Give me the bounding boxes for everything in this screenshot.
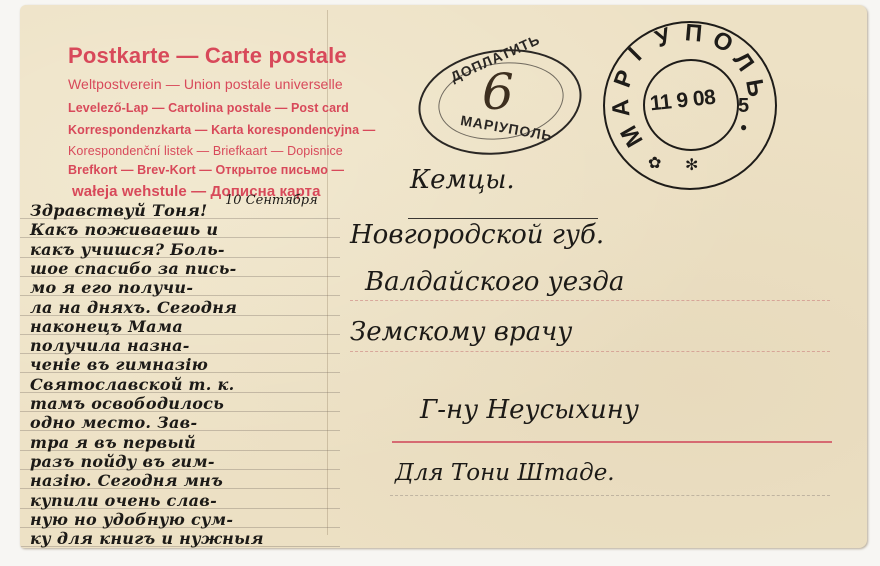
message-line: тра я въ первый xyxy=(30,433,196,452)
address-rule xyxy=(350,351,830,352)
address-line-3: Валдайского уезда xyxy=(365,267,624,297)
message-line: наконецъ Мама xyxy=(30,317,183,336)
message-date: 10 Сентября xyxy=(225,193,318,208)
address-line-4: Земскому врачу xyxy=(350,317,572,347)
postcard: Postkarte — Carte postale Weltpostverein… xyxy=(20,5,867,548)
printed-line-2: Levelező-Lap — Cartolina postale — Post … xyxy=(68,101,349,115)
postage-due-amount: 6 xyxy=(482,63,514,121)
message-line: Какъ поживаешь и xyxy=(30,220,218,239)
message-line: ную но удобную сум- xyxy=(30,510,233,529)
message-line: купили очень слав- xyxy=(30,491,217,510)
postmark-suffix: 5 xyxy=(738,95,751,118)
address-rule xyxy=(390,495,830,496)
address-underline xyxy=(408,218,598,219)
message-line: какъ учишся? Боль- xyxy=(30,240,225,259)
message-line: тамъ освободилось xyxy=(30,394,224,413)
postmark-city-letter: П xyxy=(684,19,706,49)
message-line: мо я его получи- xyxy=(30,278,193,297)
message-line: Здравствуй Тоня! xyxy=(30,201,207,220)
message-line: ченіе въ гимназію xyxy=(30,355,208,374)
printed-line-5: Brefkort — Brev-Kort — Открытое письмо — xyxy=(68,163,344,177)
address-line-1: Кемцы. xyxy=(410,165,515,195)
message-line: получила назна- xyxy=(30,336,190,355)
message-line: одно место. Зав- xyxy=(30,413,197,432)
address-rule xyxy=(350,300,830,301)
postcard-title: Postkarte — Carte postale xyxy=(68,43,347,69)
postmark-star-icon: ✻ xyxy=(685,155,698,175)
address-line-2: Новгородской губ. xyxy=(350,220,604,250)
address-line-5: Г-ну Неусыхину xyxy=(420,395,639,425)
printed-line-1: Weltpostverein — Union postale universel… xyxy=(68,76,343,92)
message-line: разъ пойду въ гим- xyxy=(30,452,215,471)
address-line-6: Для Тони Штаде. xyxy=(395,460,615,486)
message-line: Святославской т. к. xyxy=(30,375,235,394)
message-line: ку для книгъ и нужныя xyxy=(30,529,264,548)
address-red-rule xyxy=(392,441,832,443)
message-line: назію. Сегодня мнъ xyxy=(30,471,223,490)
printed-line-4: Korespondenční listek — Briefkaart — Dop… xyxy=(68,144,343,158)
message-line: ла на дняхъ. Сегодня xyxy=(30,298,237,317)
postmark-mark-icon: ● xyxy=(740,120,747,134)
postmark-star-icon: ✿ xyxy=(648,153,661,173)
postmark-city-letter: А xyxy=(607,96,637,118)
message-line: шое спасибо за пись- xyxy=(30,259,237,278)
printed-line-3: Korrespondenzkarta — Karta korespondency… xyxy=(68,123,375,137)
